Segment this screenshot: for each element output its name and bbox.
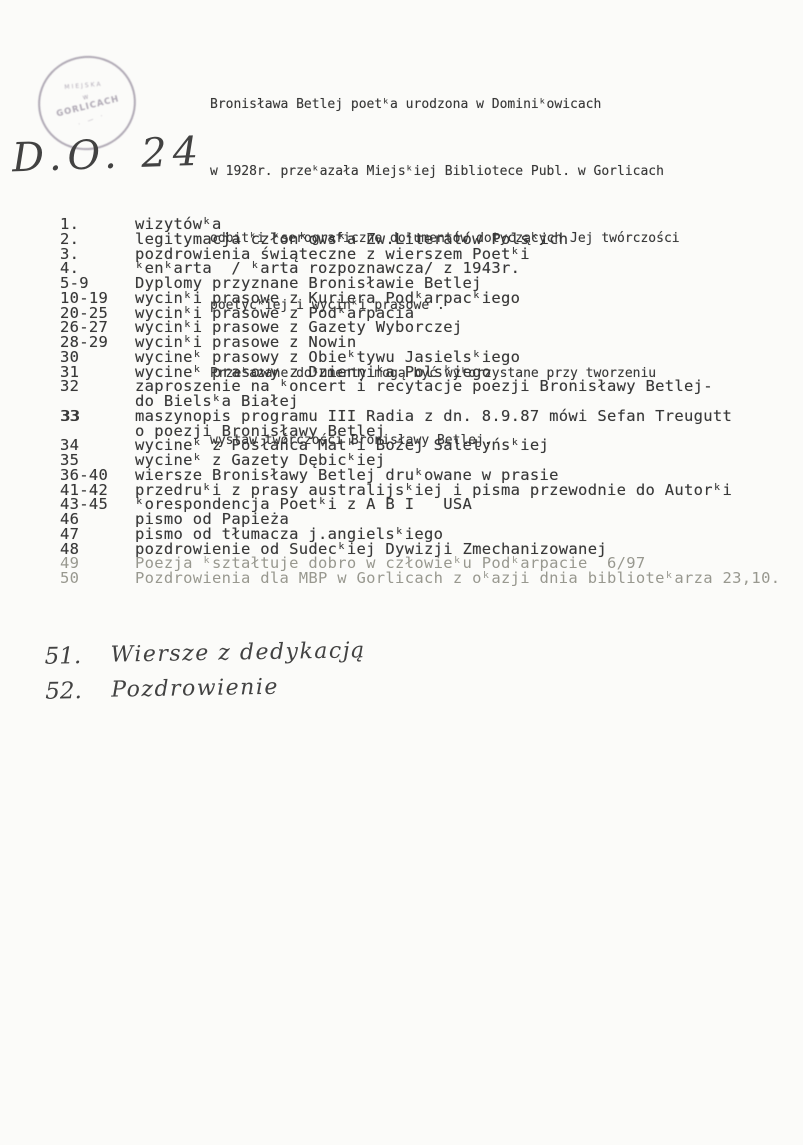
list-item: 32 zaproszenie na ᵏoncert i recytacje po… [60,379,780,409]
inventory-list: 1. wizytówᵏa 2. legitymacja członᵏowsᵏa … [60,217,780,586]
item-number: 33 [60,409,135,424]
handwritten-item: 52. Pozdrowienie [45,673,367,705]
list-item: 50 Pozdrowienia dla MBP w Gorlicach z oᵏ… [60,571,780,586]
intro-line: Bronisława Betlej poetᵏa urodzona w Domi… [210,94,680,116]
stamp-arc-top-text: MIEJSKA [64,81,103,91]
item-number: 52. [45,678,111,705]
item-number: 50 [60,571,135,586]
scanned-document-page: MIEJSKA w GORLICACH · — · D.O. 24 Bronis… [0,0,803,1145]
list-item: 33 maszynopis programu III Radia z dn. 8… [60,409,780,439]
item-text: Wiersze z dedykacją [110,638,366,668]
item-text: Pozdrowienie [111,675,279,704]
intro-line: w 1928r. przeᵏazała Miejsᵏiej Bibliotece… [210,161,680,183]
handwritten-items: 51. Wiersze z dedykacją 52. Pozdrowienie [44,638,366,714]
item-number: 51. [44,643,110,670]
item-text: Pozdrowienia dla MBP w Gorlicach z oᵏazj… [135,571,780,586]
item-number: 32 [60,379,135,394]
catalog-number: D.O. 24 [11,129,205,182]
handwritten-item: 51. Wiersze z dedykacją [44,638,366,670]
